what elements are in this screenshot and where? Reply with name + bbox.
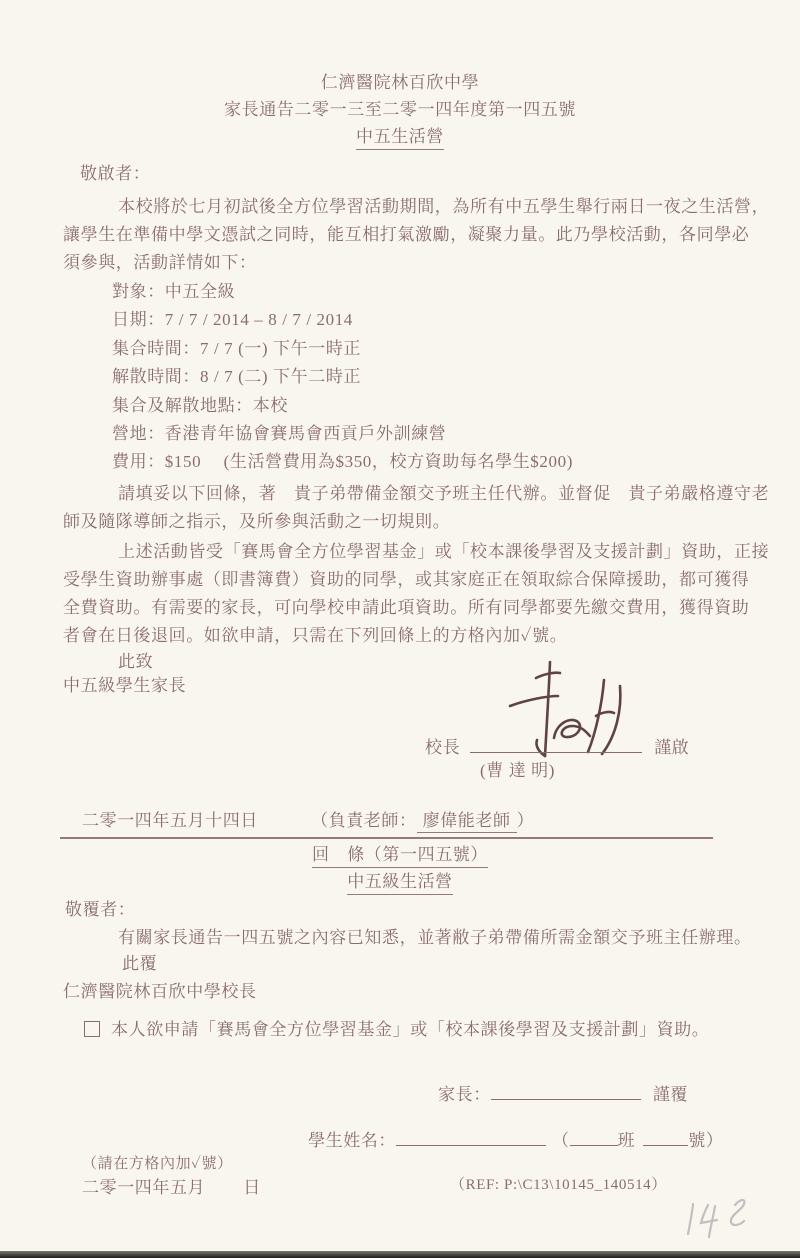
salutation: 敬啟者： [80,163,150,184]
reply-day-blank[interactable] [205,1177,243,1193]
dateline-row: 二零一四年五月十四日（負責老師：廖偉能老師） [82,810,534,833]
tear-off-divider [60,837,713,839]
scan-edge-artifact [0,1251,800,1258]
subsidy-line-4: 者會在日後退回。如欲申請，只需在下列回條上的方格內加✓號。 [63,625,567,646]
reply-date-row: 二零一四年五月日 [82,1177,261,1198]
intro-line-2: 讓學生在準備中學文憑試之同時，能互相打氣激勵，凝聚力量。此乃學校活動，各同學必 [63,224,749,245]
notice-date: 二零一四年五月十四日 [82,811,258,830]
reply-salutation: 敬覆者： [65,899,135,920]
closing-cite: 此致 [118,651,153,672]
teacher-open: （負責老師： [311,811,417,830]
instruction-line-1: 請填妥以下回條，著 貴子弟帶備金額交予班主任代辦。並督促 貴子弟嚴格遵守老 [118,483,769,504]
reply-day-label: 日 [243,1178,261,1197]
class-label: 班 [618,1131,636,1150]
subsidy-apply-row: 本人欲申請「賽馬會全方位學習基金」或「校本課後學習及支援計劃」資助。 [84,1019,709,1040]
student-info-row: 學生姓名：（班號） [308,1129,723,1151]
intro-line-1: 本校將於七月初試後全方位學習活動期間，為所有中五學生舉行兩日一夜之生活營， [118,196,769,217]
detail-date: 日期：7 / 7 / 2014 – 8 / 7 / 2014 [112,309,353,330]
number-label: 號 [688,1131,706,1150]
reply-body: 有關家長通告一四五號之內容已知悉，並著敝子弟帶備所需金額交予班主任辦理。 [118,927,752,948]
principal-suffix: 謹啟 [654,738,689,757]
subsidy-line-3: 全費資助。有需要的家長，可向學校申請此項資助。所有同學都要先繳交費用，獲得資助 [63,597,749,618]
school-name: 仁濟醫院林百欣中學 [0,72,800,93]
notice-number-line: 家長通告二零一三至二零一四年度第一四五號 [0,99,800,120]
detail-dismiss-time: 解散時間：8 / 7 (二) 下午二時正 [112,366,361,387]
class-number-line[interactable] [643,1129,688,1146]
paren-close: ） [706,1131,724,1150]
reply-date-prefix: 二零一四年五月 [82,1178,205,1197]
student-name-label: 學生姓名： [308,1131,396,1150]
parent-signature-line[interactable] [491,1083,641,1100]
teacher-name: 廖偉能老師 [417,810,517,833]
reply-cite: 此覆 [122,953,157,974]
tick-note: （請在方格內加✓號） [82,1154,233,1175]
detail-fee: 費用：$150 (生活營費用為$350，校方資助每名學生$200) [112,451,573,472]
reply-slip-subtitle-text: 中五級生活營 [347,871,453,895]
principal-name: (曹 達 明) [480,760,555,781]
detail-assemble-time: 集合時間：7 / 7 (一) 下午一時正 [112,338,361,359]
subsidy-checkbox-label: 本人欲申請「賽馬會全方位學習基金」或「校本課後學習及支援計劃」資助。 [111,1020,709,1039]
parent-label: 家長： [438,1085,491,1104]
subsidy-line-2: 受學生資助辦事處（即書簿費）資助的同學，或其家庭正在領取綜合保障援助，都可獲得 [63,569,749,590]
intro-line-3: 須參與，活動詳情如下： [63,252,257,273]
reply-slip-subtitle: 中五級生活營 [0,871,800,895]
detail-location: 集合及解散地點：本校 [112,395,288,416]
principal-label: 校長 [425,738,460,757]
principal-signature-line[interactable] [470,736,642,753]
student-name-line[interactable] [396,1129,546,1146]
ref-code: （REF: P:\C13\10145_140514） [450,1175,667,1196]
notice-subject-text: 中五生活營 [356,126,444,150]
closing-addressee: 中五級學生家長 [63,675,186,696]
notice-subject: 中五生活營 [0,126,800,150]
class-line[interactable] [570,1129,618,1146]
paren-open: （ [552,1131,570,1150]
teacher-close: ） [517,811,535,830]
reply-slip-title: 回 條（第一四五號） [0,844,800,868]
detail-campsite: 營地：香港青年協會賽馬會西貢戶外訓練營 [112,423,446,444]
handwritten-page-number [682,1193,754,1243]
parent-suffix: 謹覆 [653,1085,688,1104]
subsidy-line-1: 上述活動皆受「賽馬會全方位學習基金」或「校本課後學習及支援計劃」資助，正接 [118,541,769,562]
subsidy-checkbox[interactable] [84,1021,100,1037]
scanned-notice-page: 仁濟醫院林百欣中學 家長通告二零一三至二零一四年度第一四五號 中五生活營 敬啟者… [0,0,800,1258]
parent-sign-row: 家長：謹覆 [438,1083,688,1105]
reply-addressee: 仁濟醫院林百欣中學校長 [63,981,257,1002]
reply-slip-title-text: 回 條（第一四五號） [312,844,488,868]
principal-sign-row: 校長謹啟 [425,736,689,758]
instruction-line-2: 師及隨隊導師之指示，及所參與活動之一切規則。 [63,511,450,532]
detail-target: 對象：中五全級 [112,281,235,302]
